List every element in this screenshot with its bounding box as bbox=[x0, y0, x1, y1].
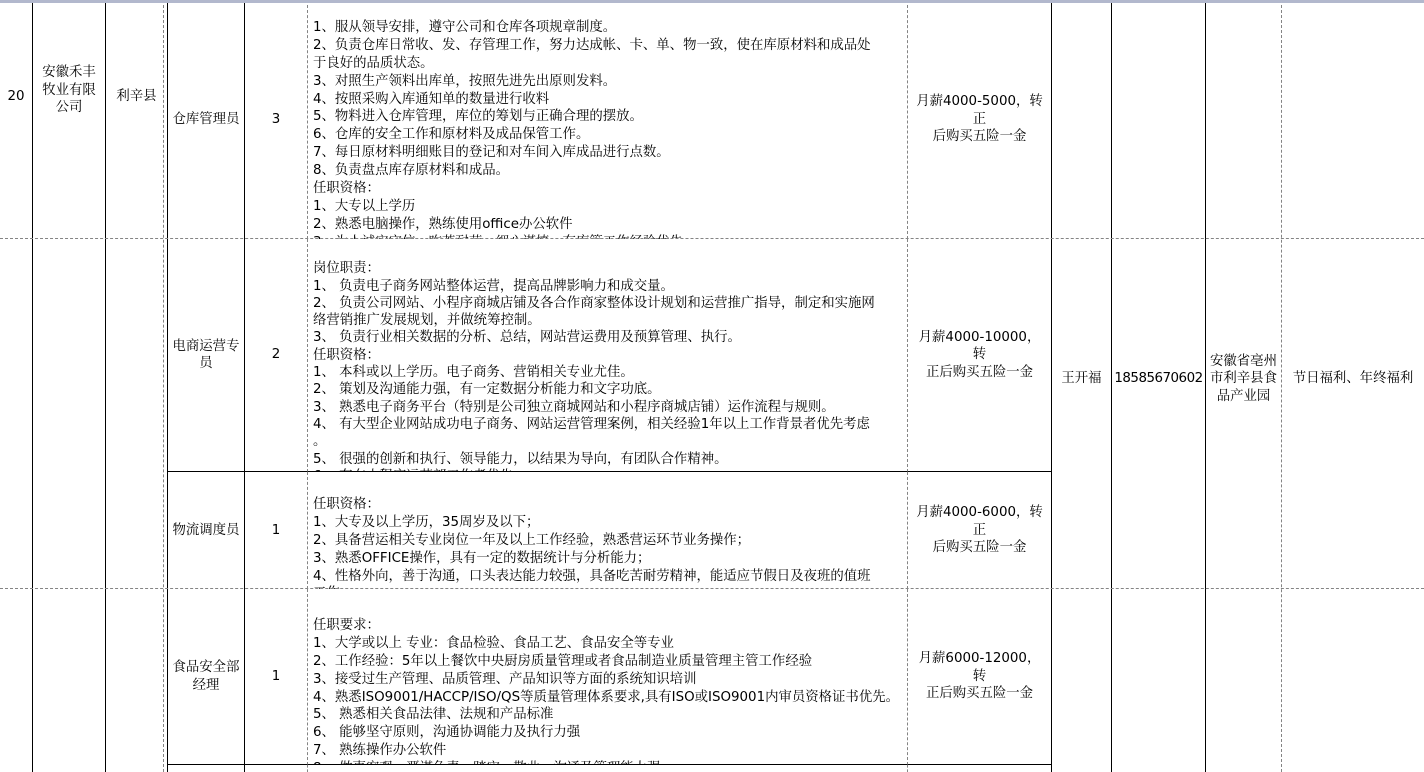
headcount-text: 1 bbox=[272, 522, 281, 540]
cell-row-number[interactable]: 20 bbox=[0, 0, 33, 772]
salary-text: 月薪6000-12000，转 正后购买五险一金 bbox=[915, 650, 1044, 703]
description-text: 岗位职责： 1、 负责电子商务网站整体运营，提高品牌影响力和成交量。 2、 负责… bbox=[313, 261, 875, 472]
salary-text: 月薪4000-5000，转正 后购买五险一金 bbox=[915, 93, 1044, 146]
position-title-text: 电商运营专 员 bbox=[173, 338, 240, 373]
cell-phone[interactable]: 18585670602 bbox=[1112, 0, 1206, 772]
headcount-text: 2 bbox=[272, 346, 281, 364]
jobs-table: 20 安徽禾丰 牧业有限 公司 利辛县 仓库管理员 3 1、服从领导安排，遵守公… bbox=[0, 0, 1424, 772]
cell-position-4[interactable]: 食品安全部 经理 bbox=[168, 589, 245, 765]
contact-name-text: 王开福 bbox=[1061, 370, 1101, 388]
cell-salary-2[interactable]: 月薪4000-10000，转 正后购买五险一金 bbox=[908, 239, 1052, 472]
cell-description-3[interactable]: 任职资格： 1、大专及以上学历，35周岁及以下； 2、具备营运相关专业岗位一年及… bbox=[308, 472, 908, 589]
cell-headcount-1[interactable]: 3 bbox=[245, 0, 308, 239]
horizontal-page-break-line bbox=[0, 588, 1424, 589]
cell-headcount-3[interactable]: 1 bbox=[245, 472, 308, 589]
cell-salary-1[interactable]: 月薪4000-5000，转正 后购买五险一金 bbox=[908, 0, 1052, 239]
cell-benefits[interactable]: 节日福利、年终福利 bbox=[1282, 0, 1424, 772]
position-title-text: 物流调度员 bbox=[173, 522, 240, 540]
headcount-text: 3 bbox=[272, 111, 281, 129]
cell-description-4[interactable]: 任职要求： 1、大学或以上 专业：食品检验、食品工艺、食品安全等专业 2、工作经… bbox=[308, 589, 908, 765]
address-text: 安徽省亳州 市利辛县食 品产业园 bbox=[1210, 353, 1277, 406]
cell-next-row-description[interactable] bbox=[308, 765, 908, 772]
benefits-text: 节日福利、年终福利 bbox=[1293, 370, 1414, 388]
salary-text: 月薪4000-10000，转 正后购买五险一金 bbox=[915, 329, 1044, 382]
headcount-text: 1 bbox=[272, 668, 281, 686]
cell-position-3[interactable]: 物流调度员 bbox=[168, 472, 245, 589]
description-text: 任职资格： 1、大专及以上学历，35周岁及以下； 2、具备营运相关专业岗位一年及… bbox=[313, 497, 871, 589]
vertical-page-break-line bbox=[163, 0, 164, 772]
cell-description-2[interactable]: 岗位职责： 1、 负责电子商务网站整体运营，提高品牌影响力和成交量。 2、 负责… bbox=[308, 239, 908, 472]
cell-next-row-position[interactable] bbox=[168, 765, 245, 772]
cell-next-row-salary[interactable] bbox=[908, 765, 1052, 772]
position-title-text: 食品安全部 经理 bbox=[173, 659, 240, 694]
cell-headcount-4[interactable]: 1 bbox=[245, 589, 308, 765]
company-name-text: 安徽禾丰 牧业有限 公司 bbox=[42, 64, 96, 117]
description-text: 1、服从领导安排，遵守公司和仓库各项规章制度。 2、负责仓库日常收、发、存管理工… bbox=[313, 20, 871, 239]
county-text: 利辛县 bbox=[116, 88, 156, 106]
phone-number-text: 18585670602 bbox=[1114, 370, 1202, 388]
cell-contact[interactable]: 王开福 bbox=[1052, 0, 1112, 772]
position-title-text: 仓库管理员 bbox=[173, 111, 240, 129]
spreadsheet-viewport: 20 安徽禾丰 牧业有限 公司 利辛县 仓库管理员 3 1、服从领导安排，遵守公… bbox=[0, 0, 1424, 772]
window-top-border bbox=[0, 0, 1424, 3]
cell-county[interactable]: 利辛县 bbox=[106, 0, 168, 772]
horizontal-page-break-line bbox=[0, 238, 1424, 239]
cell-description-1[interactable]: 1、服从领导安排，遵守公司和仓库各项规章制度。 2、负责仓库日常收、发、存管理工… bbox=[308, 0, 908, 239]
cell-salary-4[interactable]: 月薪6000-12000，转 正后购买五险一金 bbox=[908, 589, 1052, 765]
salary-text: 月薪4000-6000，转正 后购买五险一金 bbox=[915, 504, 1044, 557]
cell-headcount-2[interactable]: 2 bbox=[245, 239, 308, 472]
cell-position-2[interactable]: 电商运营专 员 bbox=[168, 239, 245, 472]
row-number-text: 20 bbox=[7, 88, 24, 106]
cell-address[interactable]: 安徽省亳州 市利辛县食 品产业园 bbox=[1206, 0, 1282, 772]
description-text: 任职要求： 1、大学或以上 专业：食品检验、食品工艺、食品安全等专业 2、工作经… bbox=[313, 618, 899, 765]
cell-position-1[interactable]: 仓库管理员 bbox=[168, 0, 245, 239]
cell-salary-3[interactable]: 月薪4000-6000，转正 后购买五险一金 bbox=[908, 472, 1052, 589]
cell-next-row-headcount[interactable] bbox=[245, 765, 308, 772]
cell-company[interactable]: 安徽禾丰 牧业有限 公司 bbox=[33, 0, 106, 772]
